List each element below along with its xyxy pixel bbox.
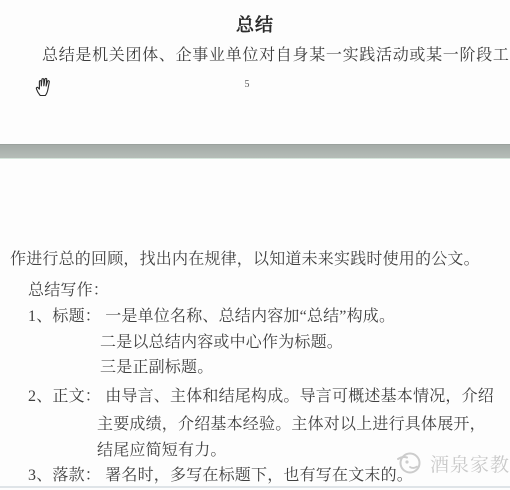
- body-line: 2、正文： 由导言、主体和结尾构成。导言可概述基本情况，介绍: [28, 383, 494, 406]
- section-divider-bar: [0, 144, 510, 159]
- bottom-rule: [0, 486, 510, 488]
- body-line: 总结写作：: [28, 277, 109, 300]
- round-mascot-logo-icon: [394, 449, 424, 477]
- page-title: 总结: [0, 11, 510, 37]
- hand-grab-cursor-icon: [33, 76, 53, 97]
- page-number: 5: [240, 79, 254, 90]
- intro-line: 总结是机关团体、企事业单位对自身某一实践活动或某一阶段工: [42, 42, 510, 65]
- document-page: 总结 总结是机关团体、企事业单位对自身某一实践活动或某一阶段工 5 作进行总的回…: [0, 0, 510, 490]
- body-line: 作进行总的回顾，找出内在规律，以知道未来实践时使用的公文。: [10, 246, 480, 269]
- body-line: 二是以总结内容或中心作为标题。: [100, 329, 343, 352]
- body-line: 1、标题： 一是单位名称、总结内容加“总结”构成。: [28, 303, 395, 326]
- body-line: 三是正副标题。: [100, 354, 213, 377]
- watermark: 酒泉家教: [394, 449, 510, 477]
- watermark-text: 酒泉家教: [430, 450, 510, 477]
- body-line: 主要成绩，介绍基本经验。主体对以上进行具体展开，: [97, 411, 486, 434]
- body-line: 结尾应简短有力。: [97, 437, 227, 460]
- body-line: 3、落款： 署名时，多写在标题下，也有写在文末的。: [28, 462, 413, 485]
